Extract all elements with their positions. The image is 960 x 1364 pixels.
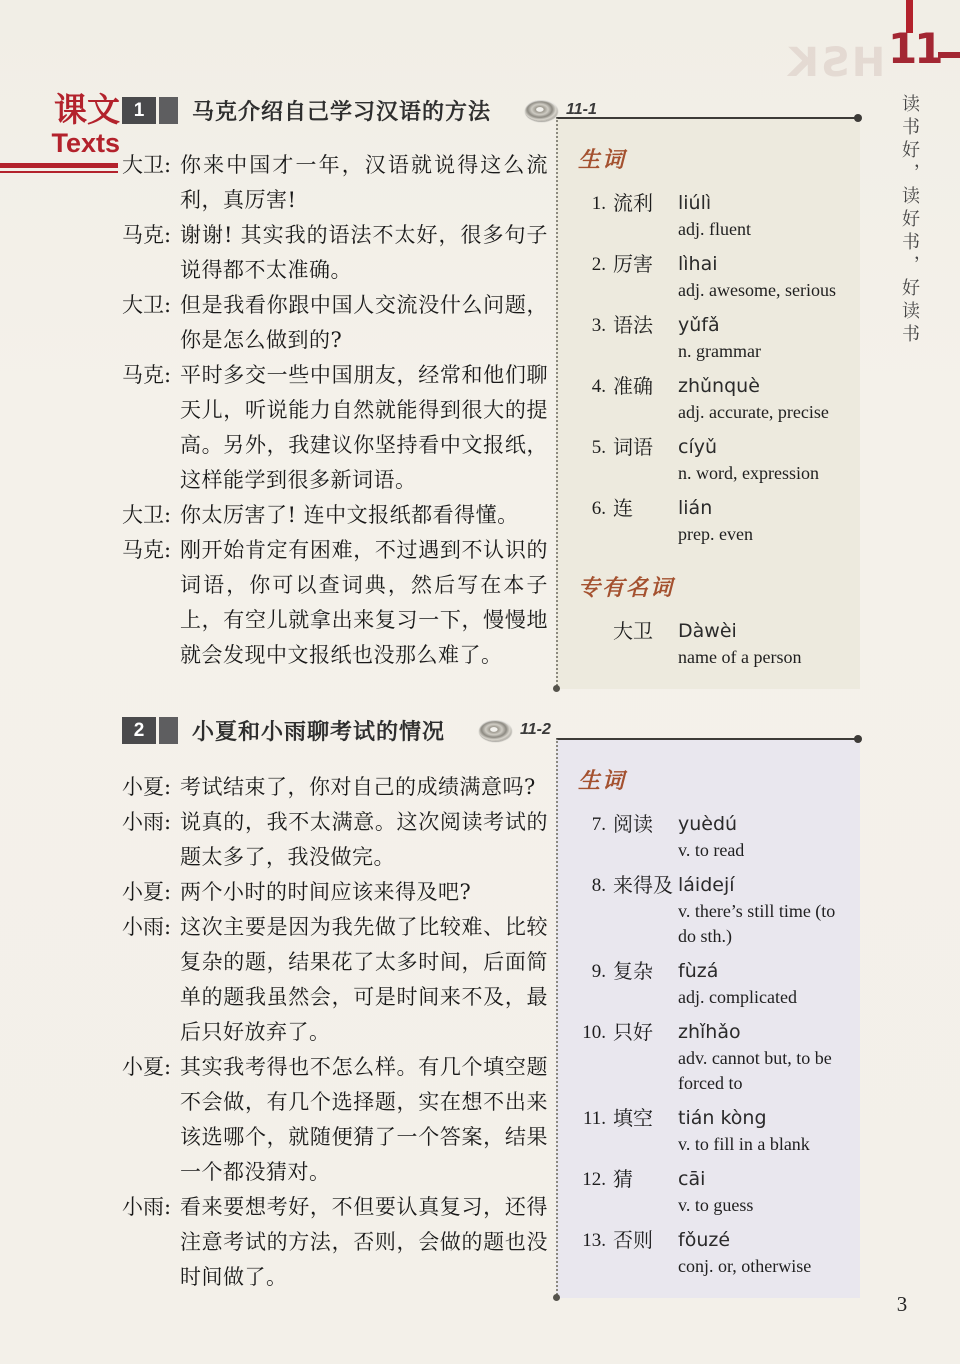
vocab-entry: 4. 准确 zhǔnquè adj. accurate, precise bbox=[578, 373, 850, 425]
vocab-entry: 6. 连 lián prep. even bbox=[578, 495, 850, 547]
vocab-entry-detail-col: yuèdú v. to read bbox=[678, 811, 850, 863]
vocab-entry-hanzi: 厉害 bbox=[613, 251, 653, 303]
vocab-entry-word-col: 12. 猜 bbox=[578, 1166, 678, 1218]
vocab-entry-number: 5. bbox=[578, 434, 606, 486]
vocab-entry: 13. 否则 fǒuzé conj. or, otherwise bbox=[578, 1227, 850, 1279]
hsk-bleedthrough-watermark: HSK bbox=[786, 40, 885, 86]
vocab-entry-hanzi: 来得及 bbox=[613, 872, 673, 949]
vocab-entry-definition: adj. complicated bbox=[678, 985, 850, 1010]
vocab-entry-detail-col: yǔfǎ n. grammar bbox=[678, 312, 850, 364]
vocab-entry-detail-col: liúlì adj. fluent bbox=[678, 190, 850, 242]
dialogue-turn: 马克: 谢谢! 其实我的语法不太好，很多句子说得都不太准确。 bbox=[122, 218, 548, 288]
vocab-entry-pinyin: cíyǔ bbox=[678, 434, 850, 461]
vocab-entry-word-col: 7. 阅读 bbox=[578, 811, 678, 863]
vocab-entry-hanzi: 准确 bbox=[613, 373, 653, 425]
vocab-entry-number: 3. bbox=[578, 312, 606, 364]
vocab-entry: 7. 阅读 yuèdú v. to read bbox=[578, 811, 850, 863]
dialogue-turn: 小雨: 看来要想考好，不但要认真复习，还得注意考试的方法，否则，会做的题也没时间… bbox=[122, 1190, 548, 1295]
vocab-entry-hanzi: 流利 bbox=[613, 190, 653, 242]
vocab-entry-hanzi: 阅读 bbox=[613, 811, 653, 863]
speaker-label: 小雨: bbox=[122, 1190, 180, 1295]
vocab-entry-detail-col: lìhai adj. awesome, serious bbox=[678, 251, 850, 303]
vocab-entry-number: 12. bbox=[578, 1166, 606, 1218]
dialogue-turn: 大卫: 但是我看你跟中国人交流没什么问题，你是怎么做到的? bbox=[122, 288, 548, 358]
vocab-entry-definition: v. to fill in a blank bbox=[678, 1132, 850, 1157]
dialogue-turn: 小夏: 两个小时的时间应该来得及吧? bbox=[122, 875, 548, 910]
dialogue-turn: 大卫: 你太厉害了! 连中文报纸都看得懂。 bbox=[122, 498, 548, 533]
chapter-number: 11 bbox=[888, 26, 934, 72]
vocab-entry-definition: conj. or, otherwise bbox=[678, 1254, 850, 1279]
section-1: 1 马克介绍自己学习汉语的方法 11-1 大卫: 你来中国才一年，汉语就说得这么… bbox=[122, 96, 860, 689]
utterance-text: 两个小时的时间应该来得及吧? bbox=[180, 875, 548, 910]
dialogue-turn: 大卫: 你来中国才一年，汉语就说得这么流利，真厉害! bbox=[122, 148, 548, 218]
vocab-entry-detail-col: láidejí v. there’s still time (to do sth… bbox=[678, 872, 850, 949]
vocab-entry-number: 8. bbox=[578, 872, 606, 949]
vocab-entry-detail-col: zhǐhǎo adv. cannot but, to be forced to bbox=[678, 1019, 850, 1096]
vocab-entry-number: 11. bbox=[578, 1105, 606, 1157]
vocab-entry-word-col: 11. 填空 bbox=[578, 1105, 678, 1157]
utterance-text: 说真的，我不太满意。这次阅读考试的题太多了，我没做完。 bbox=[180, 805, 548, 875]
utterance-text: 你太厉害了! 连中文报纸都看得懂。 bbox=[180, 498, 548, 533]
vocab-entry-pinyin: lìhai bbox=[678, 251, 850, 278]
vocab-entry-definition: adj. accurate, precise bbox=[678, 400, 850, 425]
section-2-body: 小夏: 考试结束了，你对自己的成绩满意吗? 小雨: 说真的，我不太满意。这次阅读… bbox=[122, 744, 860, 1298]
vocab-entry: 3. 语法 yǔfǎ n. grammar bbox=[578, 312, 850, 364]
vocab-entry-hanzi: 只好 bbox=[613, 1019, 653, 1096]
vocab-entry: 1. 流利 liúlì adj. fluent bbox=[578, 190, 850, 242]
vocab-entry-definition: adv. cannot but, to be forced to bbox=[678, 1046, 850, 1096]
vocab-entry-word-col: 13. 否则 bbox=[578, 1227, 678, 1279]
vocab-entry-hanzi: 语法 bbox=[613, 312, 653, 364]
vocab-entry-word-col: 10. 只好 bbox=[578, 1019, 678, 1096]
vocab-entry-word-col: 2. 厉害 bbox=[578, 251, 678, 303]
page-number: 3 bbox=[882, 1292, 922, 1317]
speaker-label: 大卫: bbox=[122, 498, 180, 533]
vocab-header: 生词 bbox=[578, 143, 850, 174]
speaker-label: 马克: bbox=[122, 358, 180, 498]
utterance-text: 平时多交一些中国朋友，经常和他们聊天儿，听说能力自然就能得到很大的提高。另外，我… bbox=[180, 358, 548, 498]
cd-audio-icon bbox=[525, 100, 558, 121]
vocab-entry-pinyin: yuèdú bbox=[678, 811, 850, 838]
speaker-label: 大卫: bbox=[122, 288, 180, 358]
vocab-entry-detail-col: cíyǔ n. word, expression bbox=[678, 434, 850, 486]
texts-header: 课文 Texts bbox=[0, 92, 120, 173]
utterance-text: 刚开始肯定有困难，不过遇到不认识的词语，你可以查词典，然后写在本子上，有空儿就拿… bbox=[180, 533, 548, 673]
vocab-entry-definition: n. word, expression bbox=[678, 461, 850, 486]
vocab-entry-hanzi: 否则 bbox=[613, 1227, 653, 1279]
vocab-entry-number: 13. bbox=[578, 1227, 606, 1279]
texts-header-en: Texts bbox=[0, 128, 120, 158]
vocab-entry-detail-col: tián kòng v. to fill in a blank bbox=[678, 1105, 850, 1157]
vocab-panel-1: 生词 1. 流利 liúlì adj. fluent bbox=[556, 117, 860, 689]
utterance-text: 这次主要是因为我先做了比较难、比较复杂的题，结果花了太多时间，后面简单的题我虽然… bbox=[180, 910, 548, 1050]
vocab-list-1: 1. 流利 liúlì adj. fluent 2. bbox=[578, 190, 850, 547]
vocab-entry-detail-col: cāi v. to guess bbox=[678, 1166, 850, 1218]
vocab-entry-pinyin: fùzá bbox=[678, 958, 850, 985]
dialogue-2: 小夏: 考试结束了，你对自己的成绩满意吗? 小雨: 说真的，我不太满意。这次阅读… bbox=[122, 744, 556, 1295]
speaker-label: 小雨: bbox=[122, 910, 180, 1050]
proper-noun-pinyin: Dàwèi bbox=[678, 618, 850, 645]
proper-noun-detail-col: Dàwèi name of a person bbox=[678, 618, 850, 670]
utterance-text: 但是我看你跟中国人交流没什么问题，你是怎么做到的? bbox=[180, 288, 548, 358]
vocab-entry-number: 10. bbox=[578, 1019, 606, 1096]
vocab-entry: 11. 填空 tián kòng v. to fill in a blank bbox=[578, 1105, 850, 1157]
vocab-entry-pinyin: liúlì bbox=[678, 190, 850, 217]
vocab-entry-detail-col: fùzá adj. complicated bbox=[678, 958, 850, 1010]
section-badge-extension bbox=[159, 717, 178, 744]
vocab-entry-hanzi: 复杂 bbox=[613, 958, 653, 1010]
vocab-entry-number: 9. bbox=[578, 958, 606, 1010]
vocab-entry: 8. 来得及 láidejí v. there’s still time (to… bbox=[578, 872, 850, 949]
vocab-entry-pinyin: cāi bbox=[678, 1166, 850, 1193]
vocab-entry: 9. 复杂 fùzá adj. complicated bbox=[578, 958, 850, 1010]
proper-noun-entry: 大卫 Dàwèi name of a person bbox=[578, 618, 850, 670]
vocab-entry-word-col: 4. 准确 bbox=[578, 373, 678, 425]
vocab-entry-word-col: 3. 语法 bbox=[578, 312, 678, 364]
vocab-entry-definition: v. to guess bbox=[678, 1193, 850, 1218]
vocab-entry-pinyin: zhǔnquè bbox=[678, 373, 850, 400]
dialogue-turn: 小夏: 其实我考得也不怎么样。有几个填空题不会做，有几个选择题，实在想不出来该选… bbox=[122, 1050, 548, 1190]
section-1-body: 大卫: 你来中国才一年，汉语就说得这么流利，真厉害! 马克: 谢谢! 其实我的语… bbox=[122, 124, 860, 689]
vocab-entry-detail-col: lián prep. even bbox=[678, 495, 850, 547]
vocab-entry-number: 2. bbox=[578, 251, 606, 303]
dialogue-turn: 马克: 刚开始肯定有困难，不过遇到不认识的词语，你可以查词典，然后写在本子上，有… bbox=[122, 533, 548, 673]
vocab-entry-pinyin: yǔfǎ bbox=[678, 312, 850, 339]
vocab-entry-pinyin: láidejí bbox=[678, 872, 850, 899]
vocab-entry-number: 7. bbox=[578, 811, 606, 863]
vocab-entry-definition: adj. fluent bbox=[678, 217, 850, 242]
vocab-entry-hanzi: 词语 bbox=[613, 434, 653, 486]
vocab-entry-hanzi: 填空 bbox=[613, 1105, 653, 1157]
section-2-number-badge: 2 bbox=[122, 717, 156, 744]
vocab-entry-pinyin: fǒuzé bbox=[678, 1227, 850, 1254]
speaker-label: 小夏: bbox=[122, 875, 180, 910]
vocab-entry-hanzi: 连 bbox=[613, 495, 633, 547]
vocab-entry-definition: v. to read bbox=[678, 838, 850, 863]
vocab-entry-word-col: 8. 来得及 bbox=[578, 872, 678, 949]
vocab-entry-definition: n. grammar bbox=[678, 339, 850, 364]
section-2-title: 小夏和小雨聊考试的情况 bbox=[192, 715, 445, 746]
textbook-page: HSK 11 读书好，读好书，好读书 课文 Texts 1 马克介绍自己学习汉语… bbox=[0, 0, 960, 1364]
utterance-text: 谢谢! 其实我的语法不太好，很多句子说得都不太准确。 bbox=[180, 218, 548, 288]
speaker-label: 大卫: bbox=[122, 148, 180, 218]
speaker-label: 小雨: bbox=[122, 805, 180, 875]
chapter-side-motto: 读书好，读好书，好读书 bbox=[896, 94, 922, 347]
dialogue-turn: 小夏: 考试结束了，你对自己的成绩满意吗? bbox=[122, 770, 548, 805]
texts-header-rule bbox=[0, 163, 118, 173]
proper-noun-number bbox=[578, 618, 606, 670]
section-badge-extension bbox=[159, 97, 178, 124]
vocab-entry-definition: v. there’s still time (to do sth.) bbox=[678, 899, 850, 949]
vocab-entry-pinyin: lián bbox=[678, 495, 850, 522]
proper-noun-hanzi: 大卫 bbox=[613, 618, 653, 670]
speaker-label: 小夏: bbox=[122, 770, 180, 805]
dialogue-turn: 小雨: 说真的，我不太满意。这次阅读考试的题太多了，我没做完。 bbox=[122, 805, 548, 875]
utterance-text: 考试结束了，你对自己的成绩满意吗? bbox=[180, 770, 548, 805]
vocab-entry-word-col: 1. 流利 bbox=[578, 190, 678, 242]
dialogue-turn: 马克: 平时多交一些中国朋友，经常和他们聊天儿，听说能力自然就能得到很大的提高。… bbox=[122, 358, 548, 498]
utterance-text: 看来要想考好，不但要认真复习，还得注意考试的方法，否则，会做的题也没时间做了。 bbox=[180, 1190, 548, 1295]
vocab-entry: 5. 词语 cíyǔ n. word, expression bbox=[578, 434, 850, 486]
vocab-entry-hanzi: 猜 bbox=[613, 1166, 633, 1218]
texts-header-zh: 课文 bbox=[0, 92, 120, 128]
dialogue-turn: 小雨: 这次主要是因为我先做了比较难、比较复杂的题，结果花了太多时间，后面简单的… bbox=[122, 910, 548, 1050]
proper-nouns-header: 专有名词 bbox=[578, 571, 850, 602]
proper-noun-list: 大卫 Dàwèi name of a person bbox=[578, 618, 850, 670]
speaker-label: 小夏: bbox=[122, 1050, 180, 1190]
vocab-entry-word-col: 5. 词语 bbox=[578, 434, 678, 486]
vocab-entry-detail-col: zhǔnquè adj. accurate, precise bbox=[678, 373, 850, 425]
proper-noun-definition: name of a person bbox=[678, 645, 850, 670]
section-1-title: 马克介绍自己学习汉语的方法 bbox=[192, 95, 491, 126]
vocab-entry: 12. 猜 cāi v. to guess bbox=[578, 1166, 850, 1218]
cd-audio-icon bbox=[479, 720, 512, 741]
speaker-label: 马克: bbox=[122, 218, 180, 288]
utterance-text: 你来中国才一年，汉语就说得这么流利，真厉害! bbox=[180, 148, 548, 218]
vocab-entry-number: 4. bbox=[578, 373, 606, 425]
chapter-dash bbox=[938, 52, 960, 58]
proper-noun-word-col: 大卫 bbox=[578, 618, 678, 670]
vocab-header: 生词 bbox=[578, 764, 850, 795]
vocab-entry-number: 1. bbox=[578, 190, 606, 242]
vocab-entry: 2. 厉害 lìhai adj. awesome, serious bbox=[578, 251, 850, 303]
vocab-entry-definition: prep. even bbox=[678, 522, 850, 547]
dialogue-1: 大卫: 你来中国才一年，汉语就说得这么流利，真厉害! 马克: 谢谢! 其实我的语… bbox=[122, 124, 556, 673]
vocab-entry-pinyin: tián kòng bbox=[678, 1105, 850, 1132]
speaker-label: 马克: bbox=[122, 533, 180, 673]
vocab-entry-pinyin: zhǐhǎo bbox=[678, 1019, 850, 1046]
vocab-entry-definition: adj. awesome, serious bbox=[678, 278, 850, 303]
utterance-text: 其实我考得也不怎么样。有几个填空题不会做，有几个选择题，实在想不出来该选哪个，就… bbox=[180, 1050, 548, 1190]
vocab-entry-word-col: 6. 连 bbox=[578, 495, 678, 547]
section-1-number-badge: 1 bbox=[122, 97, 156, 124]
vocab-panel-2: 生词 7. 阅读 yuèdú v. to read bbox=[556, 738, 860, 1298]
audio-track-label: 11-2 bbox=[520, 721, 551, 739]
vocab-list-2: 7. 阅读 yuèdú v. to read 8. bbox=[578, 811, 850, 1279]
vocab-entry: 10. 只好 zhǐhǎo adv. cannot but, to be for… bbox=[578, 1019, 850, 1096]
vocab-entry-word-col: 9. 复杂 bbox=[578, 958, 678, 1010]
vocab-entry-detail-col: fǒuzé conj. or, otherwise bbox=[678, 1227, 850, 1279]
section-2: 2 小夏和小雨聊考试的情况 11-2 小夏: 考试结束了，你对自己的成绩满意吗?… bbox=[122, 716, 860, 1298]
vocab-entry-number: 6. bbox=[578, 495, 606, 547]
